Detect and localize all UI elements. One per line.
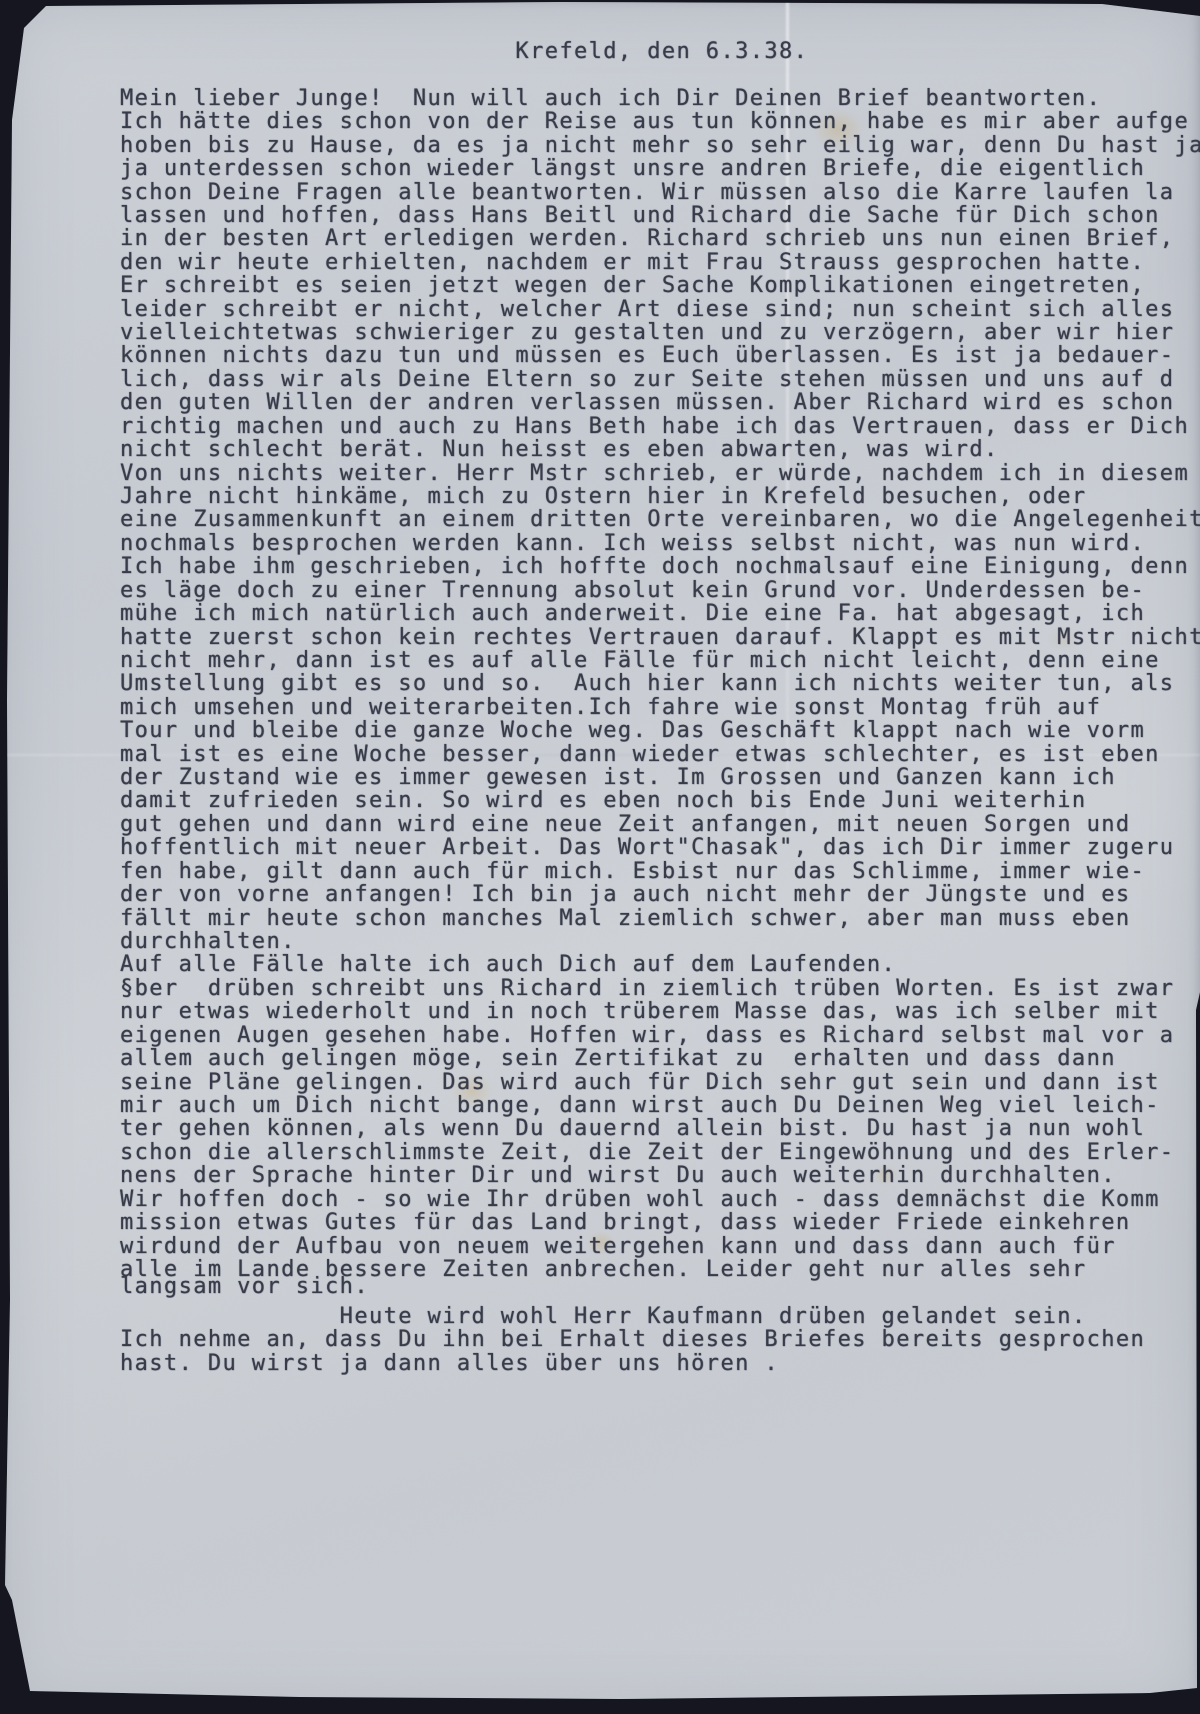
letter-line: schon die allerschlimmste Zeit, die Zeit…: [120, 1141, 1200, 1164]
scan-background: Krefeld, den 6.3.38.Mein lieber Junge! N…: [0, 0, 1200, 1714]
letter-line: es läge doch zu einer Trennung absolut k…: [120, 579, 1200, 602]
letter-line: gut gehen und dann wird eine neue Zeit a…: [120, 813, 1200, 836]
letter-line: schon Deine Fragen alle beantworten. Wir…: [120, 181, 1200, 204]
letter-line: vielleichtetwas schwieriger zu gestalten…: [120, 321, 1200, 344]
letter-line: Tour und bleibe die ganze Woche weg. Das…: [120, 719, 1200, 742]
letter-line: Auf alle Fälle halte ich auch Dich auf d…: [120, 953, 1200, 976]
letter-line: richtig machen und auch zu Hans Beth hab…: [120, 415, 1200, 438]
letter-line: der Zustand wie es immer gewesen ist. Im…: [120, 766, 1200, 789]
letter-line: eine Zusammenkunft an einem dritten Orte…: [120, 508, 1200, 531]
letter-line: Mein lieber Junge! Nun will auch ich Dir…: [120, 87, 1200, 110]
letter-line: Ich hätte dies schon von der Reise aus t…: [120, 110, 1200, 133]
letter-line: langsam vor sich.: [120, 1275, 1200, 1298]
letter-line: lassen und hoffen, dass Hans Beitl und R…: [120, 204, 1200, 227]
letter-line: nur etwas wiederholt und in noch trübere…: [120, 1000, 1200, 1023]
letter-line: mich umsehen und weiterarbeiten.Ich fahr…: [120, 696, 1200, 719]
letter-line: Umstellung gibt es so und so. Auch hier …: [120, 672, 1200, 695]
letter-line: nens der Sprache hinter Dir und wirst Du…: [120, 1164, 1200, 1187]
letter-line: seine Pläne gelingen. Das wird auch für …: [120, 1071, 1200, 1094]
letter-page: Krefeld, den 6.3.38.Mein lieber Junge! N…: [0, 0, 1200, 1714]
letter-line: leider schreibt er nicht, welcher Art di…: [120, 298, 1200, 321]
letter-line: fällt mir heute schon manches Mal ziemli…: [120, 907, 1200, 930]
letter-line: hoben bis zu Hause, da es ja nicht mehr …: [120, 134, 1200, 157]
letter-line: §ber drüben schreibt uns Richard in ziem…: [120, 977, 1200, 1000]
letter-line: nicht schlecht berät. Nun heisst es eben…: [120, 438, 1200, 461]
letter-line: hatte zuerst schon kein rechtes Vertraue…: [120, 626, 1200, 649]
letter-line: ja unterdessen schon wieder längst unsre…: [120, 157, 1200, 180]
letter-line: Jahre nicht hinkäme, mich zu Ostern hier…: [120, 485, 1200, 508]
letter-line: mission etwas Gutes für das Land bringt,…: [120, 1211, 1200, 1234]
letter-line: fen habe, gilt dann auch für mich. Esbis…: [120, 860, 1200, 883]
letter-line: eigenen Augen gesehen habe. Hoffen wir, …: [120, 1024, 1200, 1047]
letter-line: in der besten Art erledigen werden. Rich…: [120, 227, 1200, 250]
letter-line: nochmals besprochen werden kann. Ich wei…: [120, 532, 1200, 555]
letter-line: Wir hoffen doch - so wie Ihr drüben wohl…: [120, 1188, 1200, 1211]
letter-line: ter gehen können, als wenn Du dauernd al…: [120, 1117, 1200, 1140]
letter-dateline: Krefeld, den 6.3.38.: [120, 40, 1200, 63]
letter-line: mühe ich mich natürlich auch anderweit. …: [120, 602, 1200, 625]
letter-line: den guten Willen der andren verlassen mü…: [120, 391, 1200, 414]
letter-line: mir auch um Dich nicht bange, dann wirst…: [120, 1094, 1200, 1117]
letter-line: der von vorne anfangen! Ich bin ja auch …: [120, 883, 1200, 906]
letter-line: können nichts dazu tun und müssen es Euc…: [120, 344, 1200, 367]
letter-text: Krefeld, den 6.3.38.Mein lieber Junge! N…: [120, 40, 1200, 1375]
letter-line: hoffentlich mit neuer Arbeit. Das Wort"C…: [120, 836, 1200, 859]
letter-line: wirdund der Aufbau von neuem weitergehen…: [120, 1235, 1200, 1258]
letter-line: damit zufrieden sein. So wird es eben no…: [120, 789, 1200, 812]
letter-line: Heute wird wohl Herr Kaufmann drüben gel…: [120, 1305, 1200, 1328]
letter-line: Von uns nichts weiter. Herr Mstr schrieb…: [120, 462, 1200, 485]
letter-line: Er schreibt es seien jetzt wegen der Sac…: [120, 274, 1200, 297]
letter-line: hast. Du wirst ja dann alles über uns hö…: [120, 1352, 1200, 1375]
letter-line: [120, 63, 1200, 86]
letter-line: nicht mehr, dann ist es auf alle Fälle f…: [120, 649, 1200, 672]
letter-line: Ich habe ihm geschrieben, ich hoffte doc…: [120, 555, 1200, 578]
letter-line: Ich nehme an, dass Du ihn bei Erhalt die…: [120, 1328, 1200, 1351]
letter-line: durchhalten.: [120, 930, 1200, 953]
letter-line: lich, dass wir als Deine Eltern so zur S…: [120, 368, 1200, 391]
letter-line: den wir heute erhielten, nachdem er mit …: [120, 251, 1200, 274]
letter-line: allem auch gelingen möge, sein Zertifika…: [120, 1047, 1200, 1070]
letter-line: mal ist es eine Woche besser, dann wiede…: [120, 743, 1200, 766]
